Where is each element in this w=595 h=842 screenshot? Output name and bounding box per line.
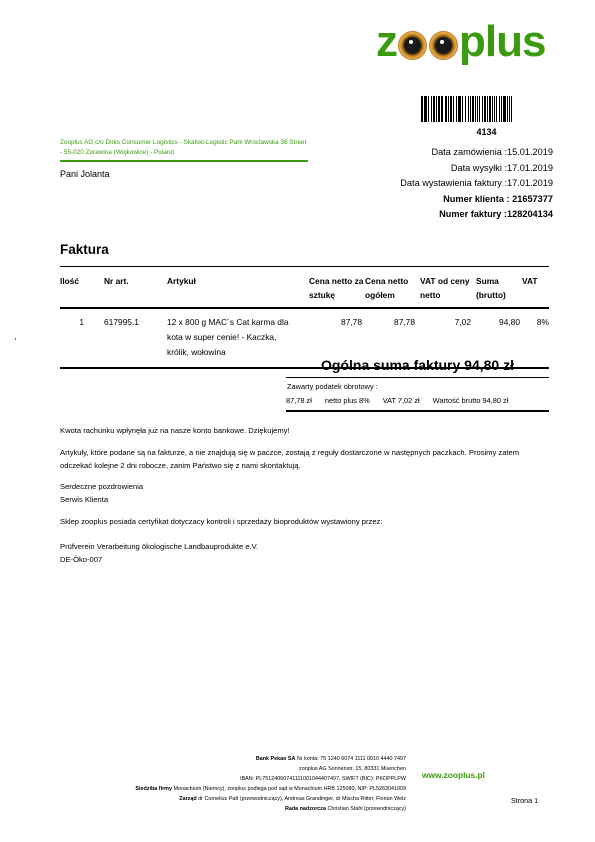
table-header-row: Ilość Nr art. Artykuł Cena netto za sztu…	[60, 267, 549, 309]
header-qty: Ilość	[60, 267, 104, 309]
logo-text-prefix: z	[376, 20, 397, 64]
tax-label: Zawarty podatek obrotowy :	[286, 380, 549, 394]
tax-vat: VAT 7,02 zł	[383, 394, 420, 408]
meta-label: Data wystawienia faktury :	[400, 178, 507, 188]
tax-summary: Zawarty podatek obrotowy : 87,78 zł nett…	[286, 380, 549, 412]
header-total-net: Cena netto ogółem	[365, 267, 420, 309]
tax-gross: Wartość brutto 94,80 zł	[433, 394, 509, 408]
website-link[interactable]: www.zooplus.pl	[422, 770, 485, 780]
invoice-total: Ogólna suma faktury 94,80 zł	[286, 357, 549, 378]
zooplus-logo: z plus	[376, 20, 545, 64]
tax-net: 87,78 zł	[286, 394, 312, 408]
header-article-no: Nr art.	[104, 267, 167, 309]
cell-article-no: 617995.1	[104, 308, 167, 368]
header-vat-rate: VAT	[522, 267, 549, 309]
bank-account: Nr konta: 75 1240 6074 1111 0010 4440 74…	[295, 756, 406, 762]
missing-items-message: Artykuły, które podane są na fakturze, a…	[60, 446, 552, 472]
meta-line: Data wysyłki :17.01.2019	[400, 161, 553, 177]
meta-label: Data wysyłki :	[451, 163, 507, 173]
company-address: zooplus AG Sonnenstr. 15, 80331 Muenchen	[135, 764, 406, 774]
seat-label: Siedziba firmy	[135, 786, 172, 792]
board-label: Zarząd	[179, 796, 196, 802]
meta-value: 17.01.2019	[507, 178, 553, 188]
header-gross: Suma (brutto)	[476, 267, 522, 309]
meta-line: Data zamówienia :15.01.2019	[400, 145, 553, 161]
document-title: Faktura	[60, 242, 109, 257]
meta-label: Numer klienta :	[443, 194, 512, 204]
logo-eye-icon	[429, 31, 458, 60]
meta-line: Numer faktury :128204134	[400, 207, 553, 223]
certificate-message: Sklep zooplus posiada certyfikat dotycza…	[60, 515, 382, 528]
meta-value: 15.01.2019	[507, 147, 553, 157]
margin-mark	[15, 338, 16, 340]
tax-values: 87,78 zł netto plus 8% VAT 7,02 zł Warto…	[286, 394, 549, 408]
sender-address: Zooplus AG c/o Dirks Consumer Logistics …	[60, 138, 308, 162]
header-vat-amount: VAT od ceny netto	[420, 267, 476, 309]
cell-qty: 1	[60, 308, 104, 368]
meta-value: 21657377	[512, 194, 553, 204]
company-footer: Bank Pekao SA Nr konta: 75 1240 6074 111…	[135, 754, 406, 814]
certifier-code: DE-Öko-007	[60, 553, 102, 566]
payment-message: Kwota rachunku wpłynęła już na nasze kon…	[60, 424, 290, 437]
meta-value: 128204134	[507, 209, 553, 219]
barcode	[421, 96, 552, 122]
certifier-name: Prüfverein Verarbeitung ökologische Land…	[60, 540, 258, 553]
tax-rate: netto plus 8%	[325, 394, 370, 408]
meta-line: Numer klienta : 21657377	[400, 192, 553, 208]
invoice-meta: Data zamówienia :15.01.2019Data wysyłki …	[400, 145, 553, 223]
recipient-name: Pani Jolanta	[60, 169, 110, 179]
meta-value: 17.01.2019	[507, 163, 553, 173]
board-text: dr Cornelius Patt (przewodniczący), Andr…	[197, 796, 406, 802]
page-number: Strona 1	[511, 796, 538, 805]
barcode-number: 4134	[421, 127, 552, 137]
logo-eye-icon	[398, 31, 427, 60]
invoice-table: Ilość Nr art. Artykuł Cena netto za sztu…	[60, 266, 549, 369]
meta-label: Data zamówienia :	[431, 147, 507, 157]
bank-label: Bank Pekao SA	[256, 756, 296, 762]
meta-label: Numer faktury :	[439, 209, 507, 219]
supervisory-label: Rada nadzorcza	[285, 806, 326, 812]
logo-text-suffix: plus	[459, 20, 545, 64]
greeting-line-1: Serdeczne pozdrowienia	[60, 480, 143, 493]
header-article: Artykuł	[167, 267, 309, 309]
supervisory-text: Christian Stahl (przewodniczący)	[326, 806, 406, 812]
greeting-line-2: Serwis Klienta	[60, 493, 108, 506]
meta-line: Data wystawienia faktury :17.01.2019	[400, 176, 553, 192]
iban: IBAN: PL75124060741111001044407497, SWIF…	[135, 774, 406, 784]
seat-text: Monachium (Niemcy), zooplus podlega pod …	[172, 786, 406, 792]
header-unit-net: Cena netto za sztukę	[309, 267, 365, 309]
